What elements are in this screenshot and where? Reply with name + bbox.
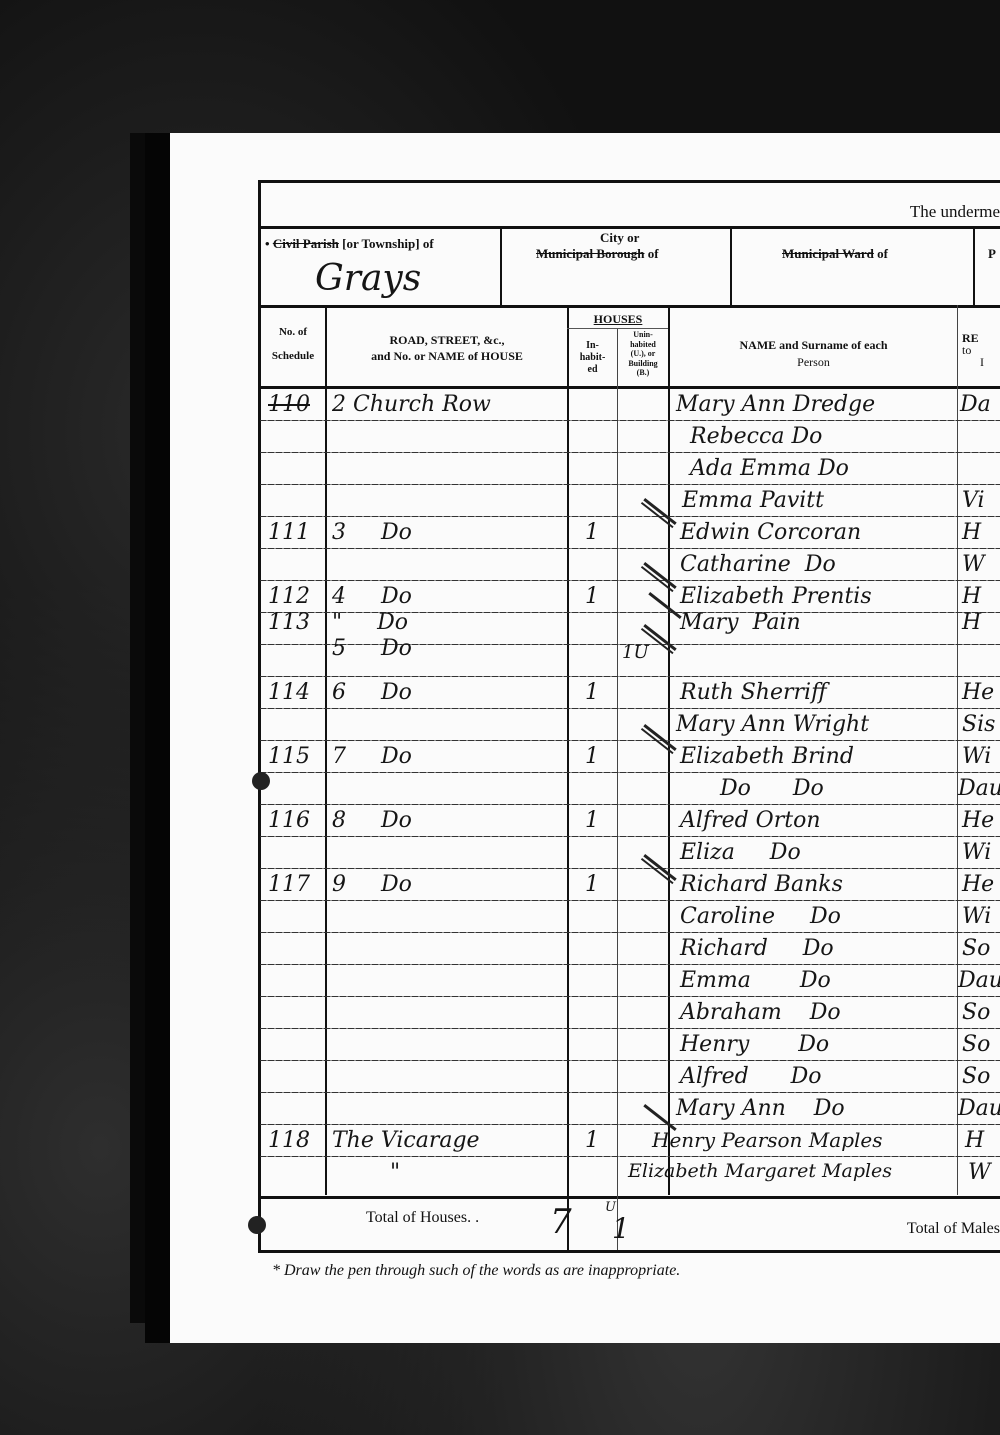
footnote: * Draw the pen through such of the words… (272, 1262, 680, 1280)
schedule-number: 116 (268, 808, 310, 833)
header-houses: HOUSES (568, 312, 668, 327)
person-name: Emma Pavitt (682, 488, 824, 513)
row-rule (260, 868, 1000, 869)
header-road: ROAD, STREET, &c., and No. or NAME of HO… (328, 332, 566, 364)
row-rule (260, 1060, 1000, 1061)
row-rule (260, 996, 1000, 997)
address: 2 Church Row (332, 392, 491, 417)
row-rule (260, 900, 1000, 901)
header-schedule: No. of Schedule (262, 320, 324, 368)
total-uninhabited: 1 (612, 1212, 630, 1245)
address: 6 Do (332, 680, 412, 705)
person-name: Henry Do (680, 1032, 829, 1057)
row-rule (260, 1124, 1000, 1125)
schedule-number: 111 (268, 520, 310, 545)
relation: So (962, 936, 990, 961)
header-relation-partial: RE to I (962, 332, 984, 368)
person-name: Henry Pearson Maples (652, 1128, 883, 1152)
total-houses-label: Total of Houses. . (366, 1209, 479, 1227)
houses-subrule (567, 328, 668, 329)
parish-divider (500, 226, 502, 306)
address: " (390, 1160, 400, 1185)
row-rule (260, 676, 1000, 677)
schedule-number: 115 (268, 744, 310, 769)
header-inhabited: In- habit- ed (568, 340, 617, 376)
relation: H (962, 520, 981, 545)
table-bottom-rule (258, 1196, 1000, 1199)
relation: H (965, 1128, 984, 1153)
person-name: Elizabeth Prentis (680, 584, 872, 609)
schedule-number: 114 (268, 680, 310, 705)
person-name: Edwin Corcoran (680, 520, 861, 545)
city-label: Municipal Borough of (536, 246, 659, 262)
address: 5 Do (332, 636, 412, 661)
row-rule (260, 516, 1000, 517)
person-name: Catharine Do (680, 552, 836, 577)
address: 4 Do (332, 584, 412, 609)
row-rule (260, 804, 1000, 805)
total-inhabited: 7 (550, 1202, 572, 1242)
inhabited-count: 1 (585, 872, 599, 897)
address: 8 Do (332, 808, 412, 833)
city-label-top: City or (600, 230, 639, 246)
person-name: Richard Banks (680, 872, 843, 897)
person-name: Abraham Do (680, 1000, 841, 1025)
relation: W (962, 552, 985, 577)
row-rule (260, 1156, 1000, 1157)
banner-rule (258, 226, 1000, 229)
person-name: Ada Emma Do (690, 456, 849, 481)
schedule-number: 113 (268, 610, 310, 635)
ward-label: Municipal Ward of (782, 246, 888, 262)
relation: Dau (958, 1096, 1000, 1121)
person-name: Rebecca Do (690, 424, 822, 449)
row-rule (260, 580, 1000, 581)
address: " Do (332, 610, 408, 635)
uninhabited-count: 1U (622, 642, 649, 663)
frame-left (258, 180, 261, 1250)
next-column-partial: P (988, 246, 996, 262)
relation: Wi (962, 904, 991, 929)
page-shadow-edge (130, 133, 172, 1323)
person-name: Richard Do (680, 936, 834, 961)
header-uninhabited: Unin- habited (U.), or Building (B.) (618, 330, 668, 378)
relation: Dau (958, 968, 1000, 993)
person-name: Ruth Sherriff (680, 680, 827, 705)
person-name: Elizabeth Margaret Maples (628, 1160, 892, 1182)
relation: Dau (958, 776, 1000, 801)
row-rule (260, 932, 1000, 933)
row-rule (260, 964, 1000, 965)
row-rule (260, 484, 1000, 485)
person-name: Alfred Orton (680, 808, 821, 833)
relation: So (962, 1000, 990, 1025)
inhabited-count: 1 (585, 520, 599, 545)
row-rule (260, 420, 1000, 421)
ink-blot (252, 772, 270, 790)
relation: Vi (962, 488, 985, 513)
header-name: NAME and Surname of each Person (670, 337, 957, 371)
row-rule (260, 452, 1000, 453)
person-name: Do Do (720, 776, 824, 801)
ward-divider (973, 226, 975, 306)
schedule-number: 112 (268, 584, 310, 609)
parish-rule (258, 305, 1000, 308)
parish-value: Grays (315, 258, 421, 299)
person-name: Mary Pain (680, 610, 801, 635)
relation: He (962, 872, 994, 897)
relation: Sis (962, 712, 995, 737)
relation: So (962, 1032, 990, 1057)
schedule-number: 118 (268, 1128, 310, 1153)
relation: Wi (962, 744, 991, 769)
banner-text: The underme (910, 202, 1000, 222)
relation: H (962, 584, 981, 609)
header-rule (258, 386, 1000, 389)
person-name: Eliza Do (680, 840, 801, 865)
frame-top (258, 180, 1000, 183)
relation: He (962, 680, 994, 705)
address: 3 Do (332, 520, 412, 545)
totals-rule (258, 1250, 1000, 1253)
relation: So (962, 1064, 990, 1089)
address: 7 Do (332, 744, 412, 769)
row-rule (260, 772, 1000, 773)
address: The Vicarage (332, 1128, 480, 1153)
row-rule (260, 548, 1000, 549)
person-name: Mary Ann Do (676, 1096, 845, 1121)
relation: He (962, 808, 994, 833)
inhabited-count: 1 (585, 584, 599, 609)
inhabited-count: 1 (585, 808, 599, 833)
relation: W (968, 1160, 991, 1185)
inhabited-count: 1 (585, 1128, 599, 1153)
city-divider (730, 226, 732, 306)
address: 9 Do (332, 872, 412, 897)
person-name: Mary Ann Wright (676, 712, 869, 737)
person-name: Mary Ann Dredge (676, 392, 875, 417)
row-rule (260, 740, 1000, 741)
schedule-number: 110 (268, 392, 310, 417)
col-divider-name (957, 305, 958, 1195)
row-rule (260, 1028, 1000, 1029)
row-rule (260, 1092, 1000, 1093)
schedule-number: 117 (268, 872, 310, 897)
inhabited-count: 1 (585, 744, 599, 769)
col-divider-houses (617, 328, 618, 1250)
person-name: Elizabeth Brind (680, 744, 854, 769)
person-name: Emma Do (680, 968, 831, 993)
row-rule (260, 708, 1000, 709)
col-divider-schedule (325, 305, 327, 1195)
ink-blot (248, 1216, 266, 1234)
person-name: Caroline Do (680, 904, 841, 929)
row-rule (260, 836, 1000, 837)
col-divider-road (567, 305, 569, 1250)
relation: Wi (962, 840, 991, 865)
parish-label: • Civil Parish [or Township] of (265, 236, 434, 252)
relation: H (962, 610, 981, 635)
total-males-label: Total of Males (907, 1220, 1000, 1238)
inhabited-count: 1 (585, 680, 599, 705)
person-name: Alfred Do (680, 1064, 822, 1089)
relation: Da (960, 392, 991, 417)
